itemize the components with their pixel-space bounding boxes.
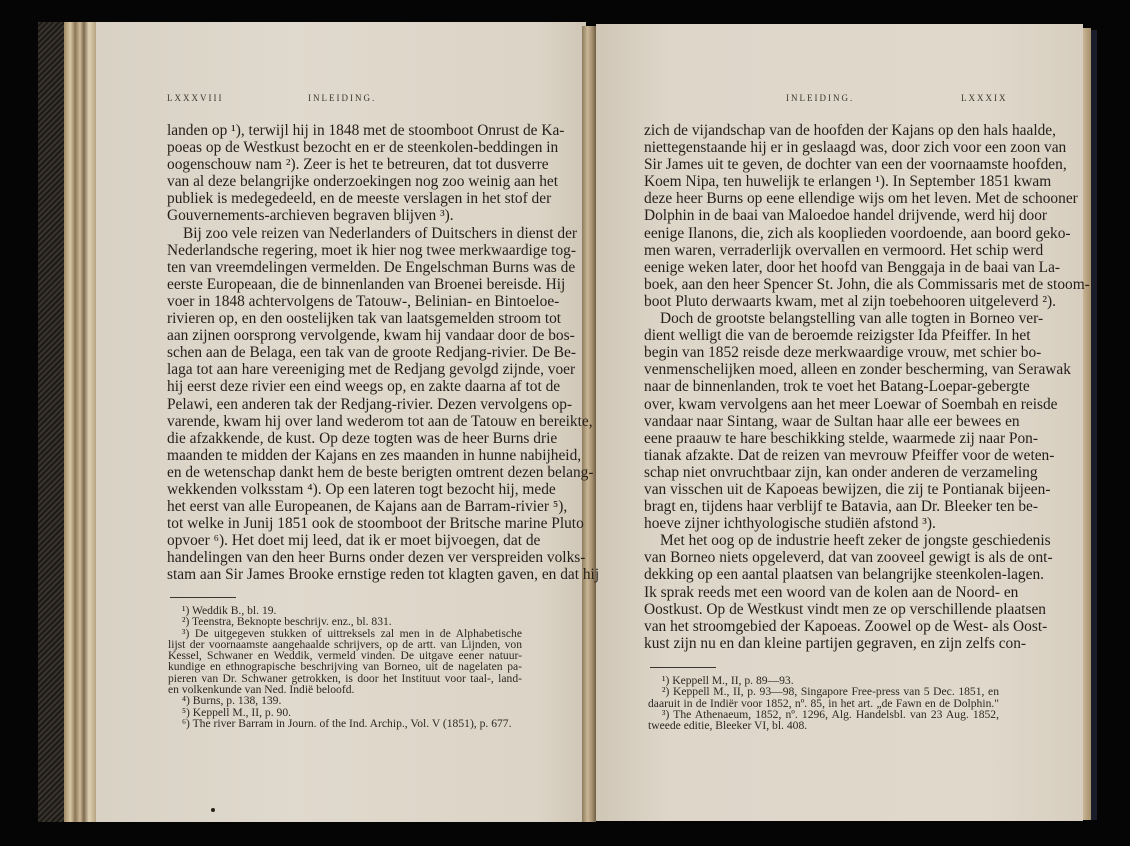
page-edges-left <box>64 22 96 822</box>
body-line: tianak afzakte. Dat de reizen van mevrou… <box>644 447 996 464</box>
body-line: deze heer Burns op eene ellendige wijs o… <box>644 190 996 207</box>
body-line: die afzakkende, de kust. Op deze togten … <box>167 430 521 447</box>
body-line: boek, aan den heer Spencer St. John, die… <box>644 276 996 293</box>
body-line: Bij zoo vele reizen van Nederlanders of … <box>167 225 521 242</box>
body-line: rivieren op, en den oostelijken tak van … <box>167 310 521 327</box>
body-line: Nederlandsche regering, moet ik hier nog… <box>167 242 521 259</box>
body-line: Pelawi, een anderen tak der Redjang-rivi… <box>167 396 521 413</box>
body-line: Gouvernements-archieven begraven blijven… <box>167 207 521 224</box>
page-edges-right <box>1083 28 1091 820</box>
body-line: ten van vreemdelingen vermelden. De Enge… <box>167 259 521 276</box>
body-line: kust zijn nu en dan kleine partijen gegr… <box>644 635 996 652</box>
body-line: schap niet onvruchtbaar zijn, kan onder … <box>644 464 996 481</box>
body-line: stam aan Sir James Brooke ernstige reden… <box>167 566 521 583</box>
body-line: Sir James uit te geven, de dochter van e… <box>644 156 996 173</box>
right-running-head: INLEIDING. <box>786 93 854 103</box>
body-line: publiek is medegedeeld, en de meeste ver… <box>167 190 521 207</box>
body-line: eenige Ilanons, die, zich als kooplieden… <box>644 225 996 242</box>
body-line: Dolphin in de baai van Maloedoe handel d… <box>644 207 996 224</box>
body-line: Ik sprak reeds met een woord van de kole… <box>644 584 996 601</box>
body-line: landen op ¹), terwijl hij in 1848 met de… <box>167 122 521 139</box>
body-line: vandaar naar Sintang, waar de Sultan haa… <box>644 413 996 430</box>
body-line: poeas op de Westkust bezocht en er de st… <box>167 139 521 156</box>
body-line: schen aan de Belaga, een tak van de groo… <box>167 344 521 361</box>
body-line: maanden te midden der Kajans en zes maan… <box>167 447 521 464</box>
body-line: opvoer ⁶). Het doet mij leed, dat ik er … <box>167 532 521 549</box>
body-line: eerste Europeaan, die de binnenlanden va… <box>167 276 521 293</box>
body-line: Doch de grootste belangstelling van alle… <box>644 310 996 327</box>
body-line: dient welligt die van de beroemde reizig… <box>644 327 996 344</box>
footnote-line: ⁴) Burns, p. 138, 139. <box>168 695 522 706</box>
body-line: aan zijnen oorsprong vervolgende, kwam h… <box>167 327 521 344</box>
body-line: van al deze belangrijke onderzoekingen n… <box>167 173 521 190</box>
body-line: van visschen uit de Kapoeas bewijzen, di… <box>644 481 996 498</box>
body-line: boot Pluto derwaarts kwam, met al zijn t… <box>644 293 996 310</box>
left-footnotes: ¹) Weddik B., bl. 19. ²) Teenstra, Bekno… <box>168 605 522 729</box>
body-line: Koem Nipa, ten huwelijk te erlangen ¹). … <box>644 173 996 190</box>
right-footnotes: ¹) Keppell M., II, p. 89—93. ²) Keppell … <box>648 675 999 731</box>
body-line: eene praauw te hare beschikking stelde, … <box>644 430 996 447</box>
footnote-rule <box>650 667 716 668</box>
book-cover-right <box>1091 30 1097 820</box>
body-line: van Borneo niets opgeleverd, dat van zoo… <box>644 549 996 566</box>
body-line: oogenschouw nam ²). Zeer is het te betre… <box>167 156 521 173</box>
body-line: dekking op een aantal plaatsen van belan… <box>644 566 996 583</box>
body-line: bragt en, tijdens haar verblijf te Batav… <box>644 498 996 515</box>
body-line: over, kwam vervolgens aan het meer Loewa… <box>644 396 996 413</box>
footnote-rule <box>170 597 236 598</box>
body-line: hij eerst deze rivier een eind weegs op,… <box>167 378 521 395</box>
body-line: venmenschelijken moed, alleen en zonder … <box>644 361 996 378</box>
body-line: niettegenstaande hij er in geslaagd was,… <box>644 139 996 156</box>
body-line: van het stroomgebied der Kapoeas. Zoowel… <box>644 618 996 635</box>
body-line: Oostkust. Op de Westkust vindt men ze op… <box>644 601 996 618</box>
footnote-line: tweede editie, Bleeker VI, bl. 408. <box>648 720 999 731</box>
body-line: varende, kwam hij over land wederom tot … <box>167 413 521 430</box>
body-line: voer in 1848 achtervolgens de Tatouw-, B… <box>167 293 521 310</box>
body-line: wekkenden volksstam ⁴). Op een lateren t… <box>167 481 521 498</box>
footnote-line: ²) Teenstra, Beknopte beschrijv. enz., b… <box>168 616 522 627</box>
body-line: Met het oog op de industrie heeft zeker … <box>644 532 996 549</box>
body-line: naar de binnenlanden, trok te voet het B… <box>644 378 996 395</box>
body-line: laga tot aan hare vereeniging met de Red… <box>167 361 521 378</box>
body-line: eenige weken later, door het hoofd van B… <box>644 259 996 276</box>
ink-speck <box>211 808 215 812</box>
body-line: hoeve zijner ichthyologische studiën afs… <box>644 515 996 532</box>
left-body-text: landen op ¹), terwijl hij in 1848 met de… <box>167 122 521 584</box>
left-page-number: LXXXVIII <box>167 93 224 103</box>
body-line: het eerst van alle Europeanen, de Kajans… <box>167 498 521 515</box>
footnote-line: ⁶) The river Barram in Journ. of the Ind… <box>168 718 522 729</box>
body-line: men waren, verraderlijk overvallen en ve… <box>644 242 996 259</box>
body-line: en de wetenschap dankt hem de beste beri… <box>167 464 521 481</box>
body-line: zich de vijandschap van de hoofden der K… <box>644 122 996 139</box>
right-page-number: LXXXIX <box>961 93 1008 103</box>
footnote-line: ²) Keppell M., II, p. 93—98, Singapore F… <box>648 686 999 697</box>
body-line: begin van 1852 reisde deze merkwaardige … <box>644 344 996 361</box>
body-line: handelingen van den heer Burns onder dez… <box>167 549 521 566</box>
body-line: tot welke in Junij 1851 ook de stoomboot… <box>167 515 521 532</box>
left-running-head: INLEIDING. <box>308 93 376 103</box>
right-body-text: zich de vijandschap van de hoofden der K… <box>644 122 996 652</box>
